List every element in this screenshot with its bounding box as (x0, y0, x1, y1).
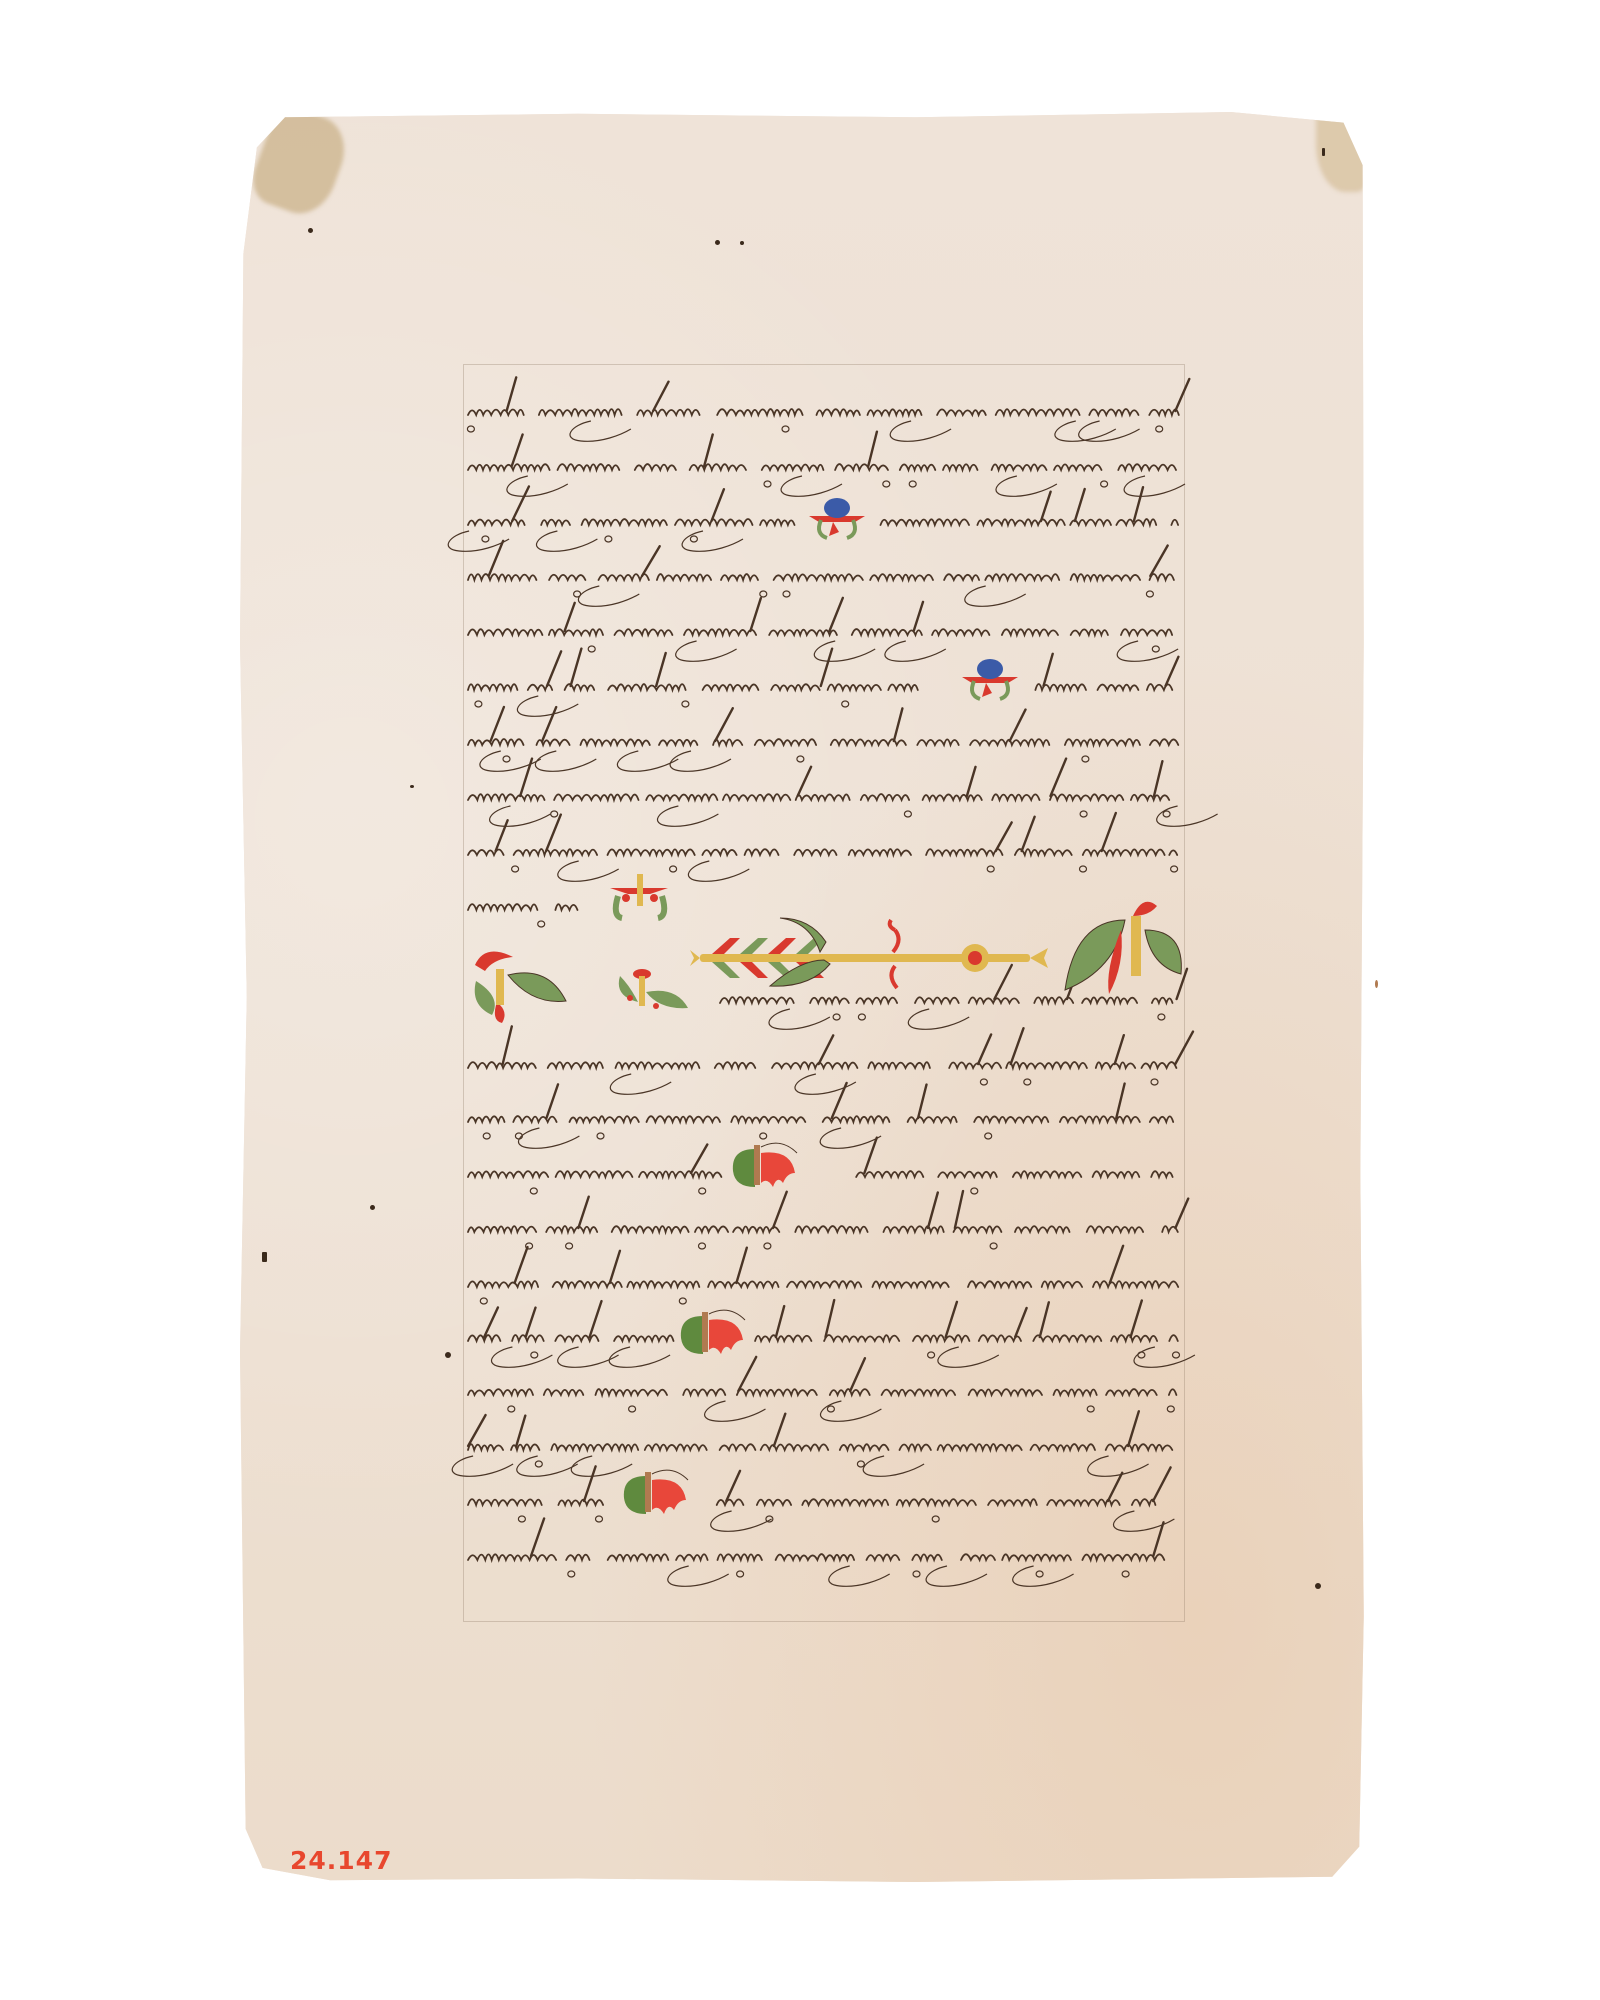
manuscript-text (0, 0, 1600, 2000)
pada-ornament (624, 1476, 646, 1514)
accession-number: 24.147 (290, 1846, 392, 1875)
pada-ornament (733, 1149, 755, 1187)
script-lines (448, 377, 1217, 1586)
pada-ornament (681, 1316, 703, 1354)
leaf-flower-ornament-left (475, 952, 513, 971)
